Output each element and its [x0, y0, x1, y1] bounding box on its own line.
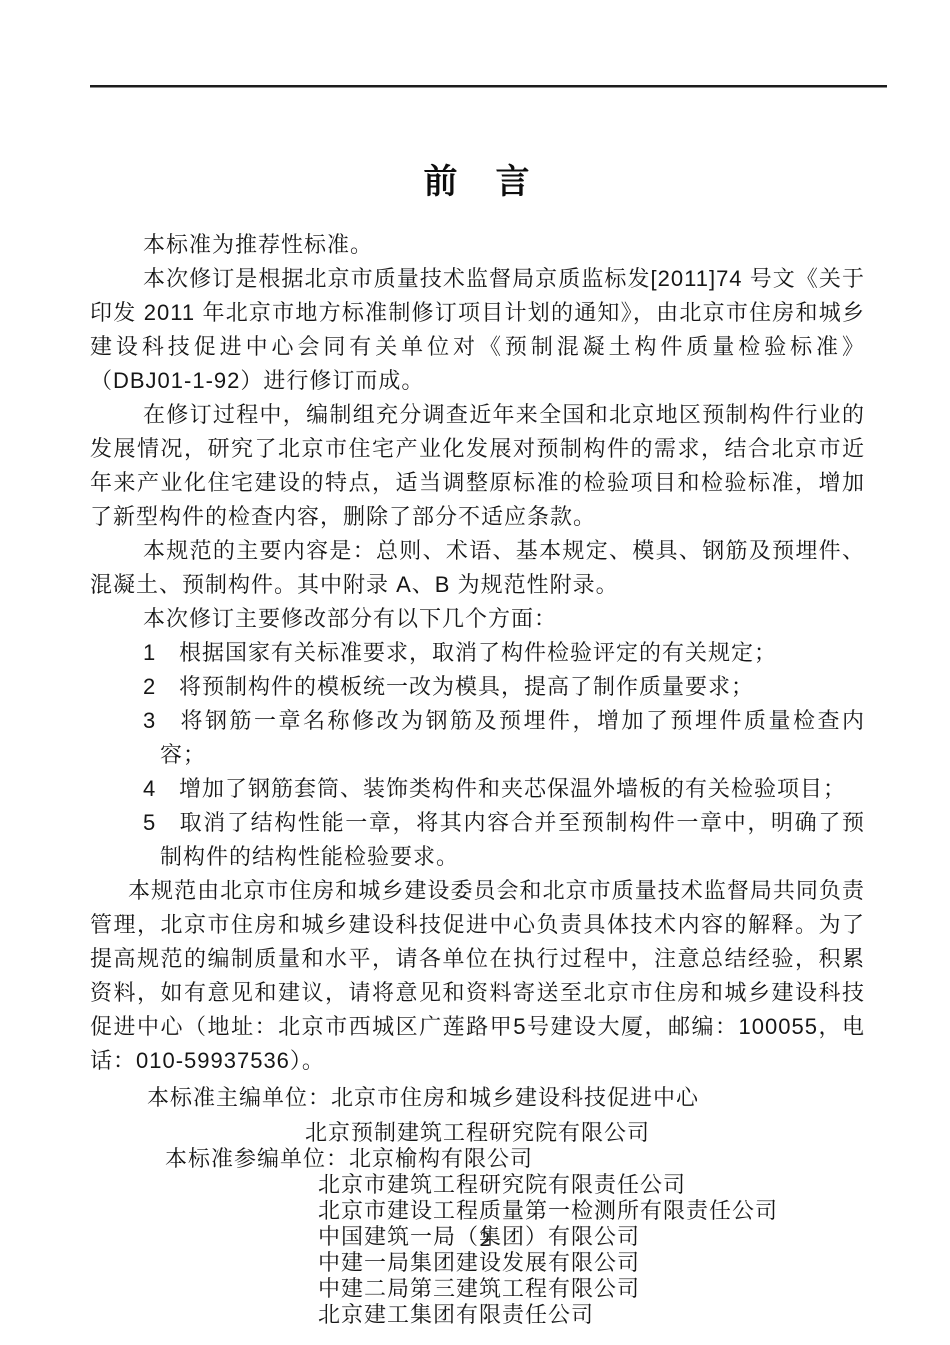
paragraph: 本次修订是根据北京市质量技术监督局京质监标发[2011]74 号文《关于印发 2…: [90, 262, 865, 398]
chief-editor-row: 本标准主编单位：北京市住房和城乡建设科技促进中心: [147, 1085, 865, 1111]
management-paragraph: 本规范由北京市住房和城乡建设委员会和北京市质量技术监督局共同负责管理，北京市住房…: [90, 874, 865, 1078]
paragraph: 本标准为推荐性标准。: [90, 228, 865, 262]
participating-editor-row: 北京市建筑工程研究院有限责任公司: [318, 1172, 865, 1198]
document-body: 本标准为推荐性标准。 本次修订是根据北京市质量技术监督局京质监标发[2011]7…: [90, 228, 865, 1328]
paragraph: 在修订过程中，编制组充分调查近年来全国和北京地区预制构件行业的发展情况，研究了北…: [90, 398, 865, 534]
participating-editor-row: 本标准参编单位：北京榆构有限公司: [165, 1146, 865, 1172]
chief-editor-row: 北京预制建筑工程研究院有限公司: [305, 1120, 865, 1146]
list-item: 3将钢筋一章名称修改为钢筋及预埋件，增加了预埋件质量检查内容；: [90, 704, 865, 772]
list-item-number: 4: [143, 772, 179, 806]
page-number: 2: [90, 1227, 880, 1252]
participating-editor-row: 北京建工集团有限责任公司: [318, 1302, 865, 1328]
editor-unit: 北京市建筑工程研究院有限责任公司: [318, 1172, 686, 1197]
list-item-text: 增加了钢筋套筒、装饰类构件和夹芯保温外墙板的有关检验项目；: [179, 776, 846, 801]
participating-editor-row: 中建二局第三建筑工程有限公司: [318, 1276, 865, 1302]
page-title: 前 言: [90, 154, 865, 203]
list-item-number: 3: [143, 704, 179, 738]
editor-unit: 北京市住房和城乡建设科技促进中心: [331, 1085, 699, 1110]
list-item-text: 将预制构件的模板统一改为模具，提高了制作质量要求；: [179, 674, 754, 699]
editor-unit: 北京建工集团有限责任公司: [318, 1302, 594, 1327]
document-page: 前 言 本标准为推荐性标准。 本次修订是根据北京市质量技术监督局京质监标发[20…: [0, 0, 950, 1345]
chief-editor-label: 本标准主编单位：: [147, 1085, 331, 1110]
editor-unit: 北京市建设工程质量第一检测所有限责任公司: [318, 1198, 778, 1223]
editor-unit: 中建一局集团建设发展有限公司: [318, 1250, 640, 1275]
list-item: 2将预制构件的模板统一改为模具，提高了制作质量要求；: [90, 670, 865, 704]
editors-section: 本标准主编单位：北京市住房和城乡建设科技促进中心 北京预制建筑工程研究院有限公司…: [90, 1085, 865, 1328]
list-item-number: 5: [143, 806, 179, 840]
revision-list: 1根据国家有关标准要求，取消了构件检验评定的有关规定； 2将预制构件的模板统一改…: [90, 636, 865, 874]
list-item: 1根据国家有关标准要求，取消了构件检验评定的有关规定；: [90, 636, 865, 670]
list-item-text: 取消了结构性能一章，将其内容合并至预制构件一章中，明确了预制构件的结构性能检验要…: [160, 810, 865, 869]
foreword-paragraphs: 本标准为推荐性标准。 本次修订是根据北京市质量技术监督局京质监标发[2011]7…: [90, 228, 865, 636]
list-item: 5取消了结构性能一章，将其内容合并至预制构件一章中，明确了预制构件的结构性能检验…: [90, 806, 865, 874]
paragraph: 本规范的主要内容是：总则、术语、基本规定、模具、钢筋及预埋件、混凝土、预制构件。…: [90, 534, 865, 602]
list-item-text: 将钢筋一章名称修改为钢筋及预埋件，增加了预埋件质量检查内容；: [160, 708, 865, 767]
paragraph: 本次修订主要修改部分有以下几个方面：: [90, 602, 865, 636]
editor-unit: 中建二局第三建筑工程有限公司: [318, 1276, 640, 1301]
participating-editor-row: 中建一局集团建设发展有限公司: [318, 1250, 865, 1276]
list-item: 4增加了钢筋套筒、装饰类构件和夹芯保温外墙板的有关检验项目；: [90, 772, 865, 806]
header-rule: [90, 85, 887, 88]
editor-unit: 北京预制建筑工程研究院有限公司: [305, 1120, 650, 1145]
list-item-number: 1: [143, 636, 179, 670]
participating-editor-label: 本标准参编单位：: [165, 1146, 349, 1171]
list-item-number: 2: [143, 670, 179, 704]
participating-editor-row: 北京市建设工程质量第一检测所有限责任公司: [318, 1198, 865, 1224]
list-item-text: 根据国家有关标准要求，取消了构件检验评定的有关规定；: [179, 640, 777, 665]
editor-unit: 北京榆构有限公司: [349, 1146, 533, 1171]
